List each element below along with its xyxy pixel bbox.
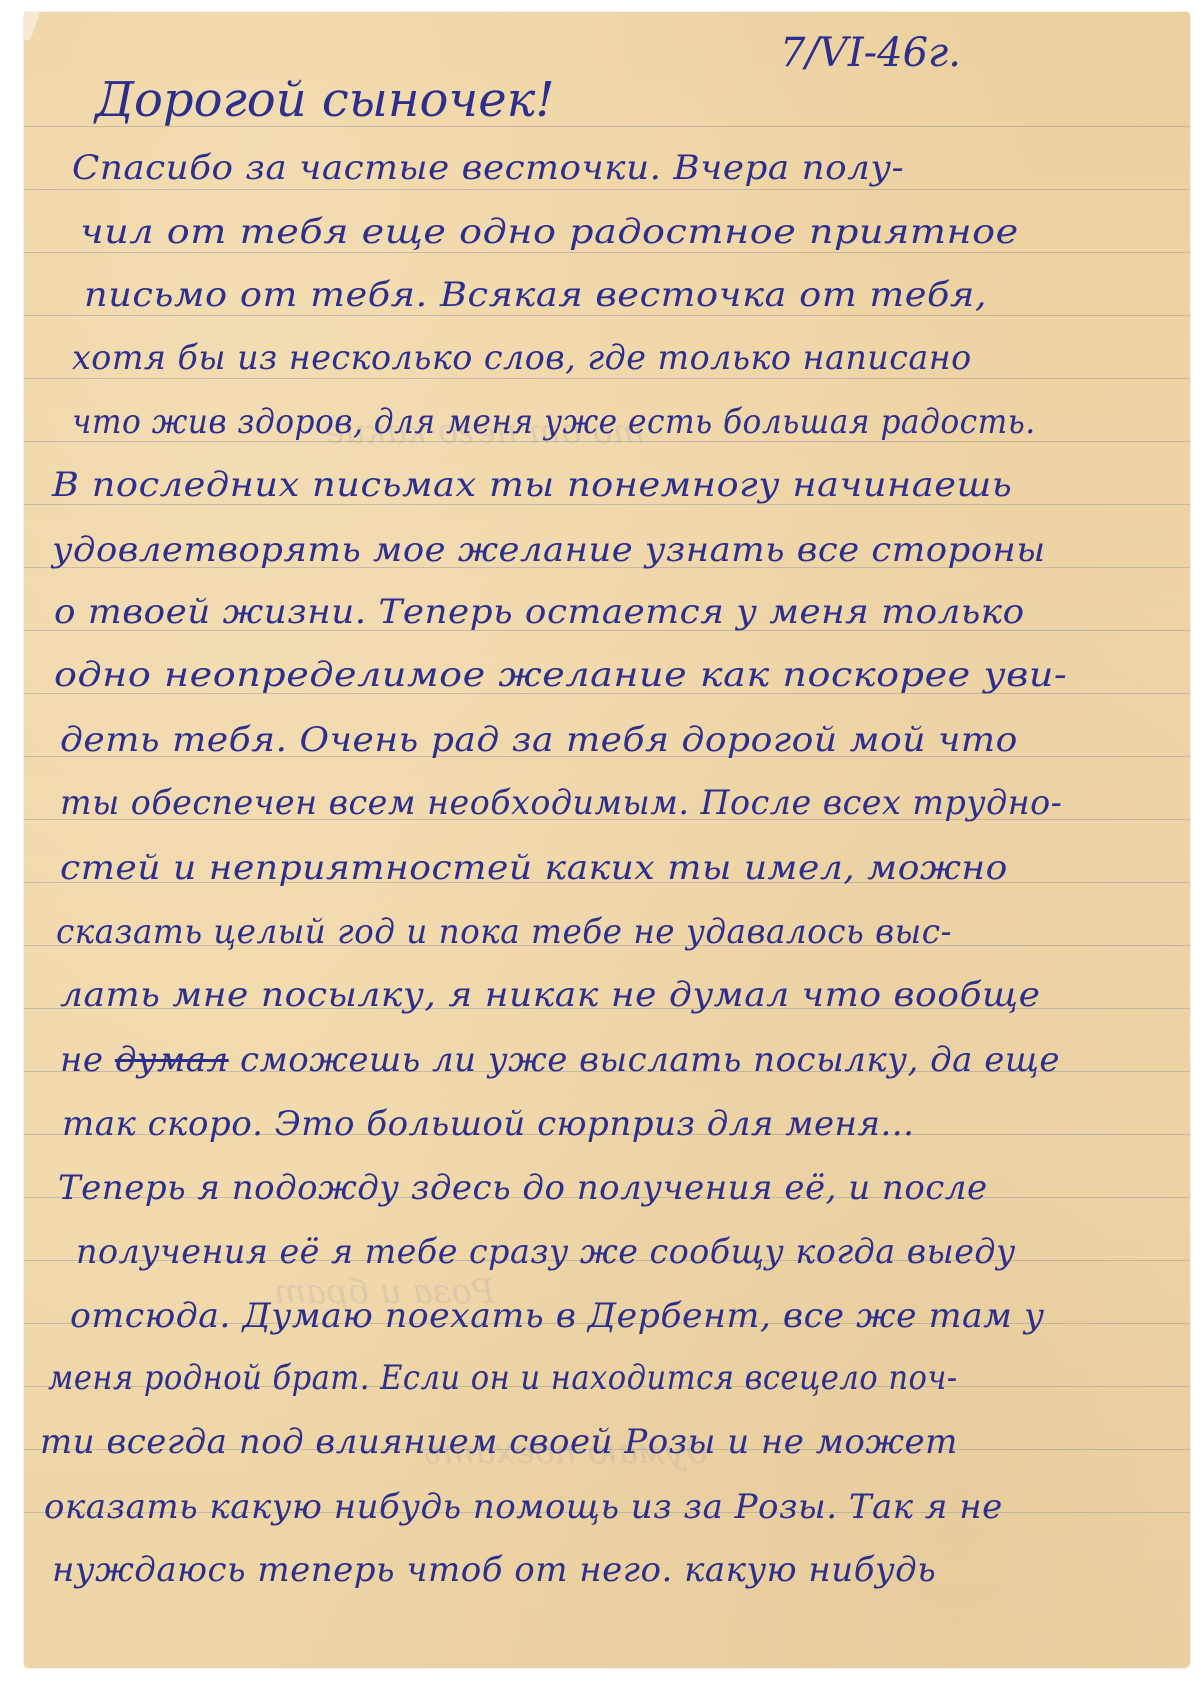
ruled-line xyxy=(24,252,1190,253)
ruled-line xyxy=(24,378,1190,379)
letter-date: 7/VI-46г. xyxy=(780,30,961,76)
line-15-rest: сможешь ли уже выслать посылку, да еще xyxy=(229,1040,1060,1080)
letter-line-22: оказать какую нибудь помощь из за Розы. … xyxy=(44,1487,1003,1527)
letter-line-4: хотя бы из несколько слов, где только на… xyxy=(72,338,972,378)
letter-paper: то от него какие Роза и брат думаю поеха… xyxy=(24,12,1190,1668)
letter-line-8: о твоей жизни. Теперь остается у меня то… xyxy=(54,592,1025,632)
struck-word: думал xyxy=(115,1040,229,1080)
letter-line-23: нуждаюсь теперь чтоб от него. какую нибу… xyxy=(52,1550,936,1590)
ruled-line xyxy=(24,315,1190,316)
letter-line-12: стей и неприятностей каких ты имел, можн… xyxy=(60,848,1008,888)
letter-line-20: меня родной брат. Если он и находится вс… xyxy=(48,1358,958,1398)
letter-line-1: Спасибо за частые весточки. Вчера полу- xyxy=(72,148,904,188)
letter-line-16: так скоро. Это большой сюрприз для меня.… xyxy=(62,1104,914,1144)
letter-line-6: В последних письмах ты понемногу начинае… xyxy=(52,465,1012,505)
letter-line-10: деть тебя. Очень рад за тебя дорогой мой… xyxy=(60,720,1018,760)
letter-line-19: отсюда. Думаю поехать в Дербент, все же … xyxy=(70,1296,1045,1336)
letter-greeting: Дорогой сыночек! xyxy=(95,72,555,128)
letter-line-2: чил от тебя еще одно радостное приятное xyxy=(80,212,1019,252)
letter-line-3: письмо от тебя. Всякая весточка от тебя, xyxy=(84,275,987,315)
ruled-line xyxy=(24,189,1190,190)
letter-line-21: ти всегда под влиянием своей Розы и не м… xyxy=(40,1422,958,1462)
letter-line-14: лать мне посылку, я никак не думал что в… xyxy=(60,975,1041,1015)
letter-line-5: что жив здоров, для меня уже есть больша… xyxy=(72,402,1036,442)
letter-line-13: сказать целый год и пока тебе не удавало… xyxy=(56,912,952,952)
letter-line-11: ты обеспечен всем необходимым. После все… xyxy=(60,783,1062,823)
line-15-start: не xyxy=(60,1040,115,1080)
letter-line-15: не думал сможешь ли уже выслать посылку,… xyxy=(60,1040,1060,1080)
letter-line-18: получения её я тебе сразу же сообщу когд… xyxy=(76,1232,1016,1272)
letter-line-17: Теперь я подожду здесь до получения её, … xyxy=(58,1168,988,1208)
letter-line-9: одно неопределимое желание как поскорее … xyxy=(54,655,1067,695)
letter-line-7: удовлетворять мое желание узнать все сто… xyxy=(52,530,1046,570)
